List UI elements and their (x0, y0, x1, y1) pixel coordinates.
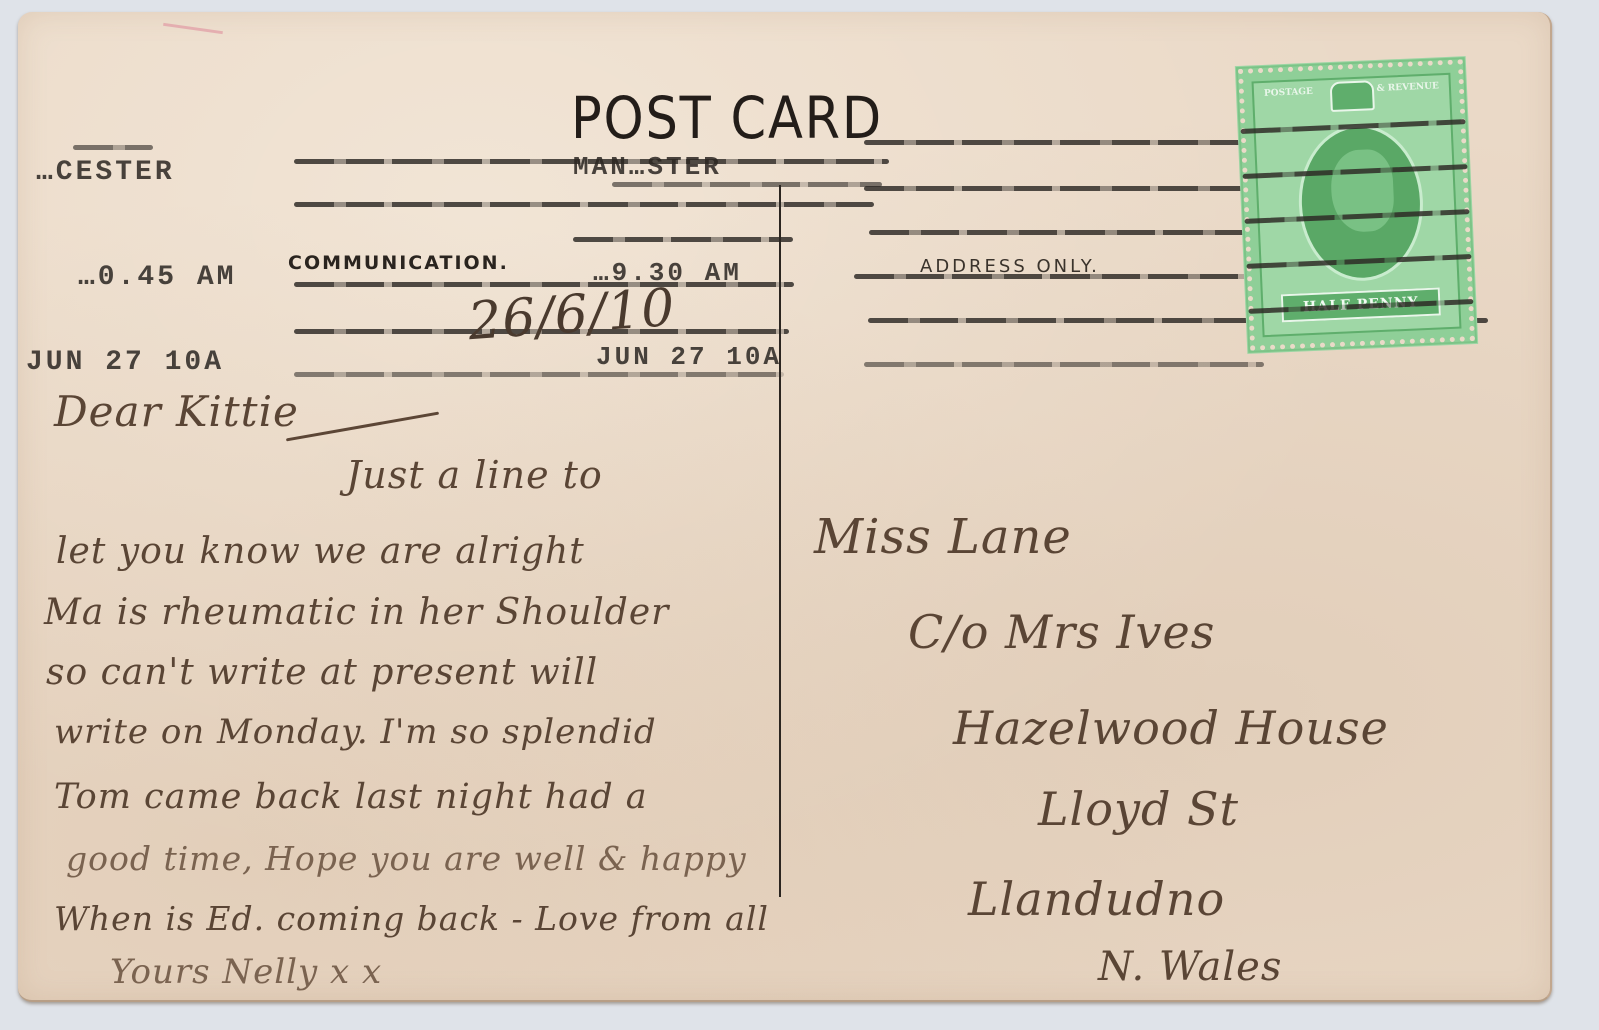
message-line: let you know we are alright (56, 531, 585, 572)
message-line: good time, Hope you are well & happy (66, 839, 747, 878)
half-penny-stamp: POSTAGE & REVENUE HALF PENNY (1238, 59, 1475, 351)
address-line-street: Lloyd St (1038, 782, 1239, 836)
center-divider-line (779, 185, 781, 897)
communication-label: COMMUNICATION. (288, 252, 509, 274)
postcard-title: POST CARD (571, 84, 883, 152)
address-line-name: Miss Lane (814, 509, 1072, 565)
signature: Yours Nelly x x (110, 952, 382, 992)
message-line: When is Ed. coming back - Love from all (54, 899, 769, 938)
handwritten-date: 26/6/10 (466, 278, 677, 352)
postmark-date-left: JUN 27 10A (26, 347, 224, 378)
postcard: POST CARD COMMUNICATION. ADDRESS ONLY. …… (18, 12, 1552, 1002)
address-line-care-of: C/o Mrs Ives (908, 605, 1215, 659)
stamp-revenue-text: & REVENUE (1376, 81, 1439, 94)
salutation: Dear Kittie (54, 387, 299, 436)
king-head (1330, 148, 1396, 233)
message-line: Ma is rheumatic in her Shoulder (44, 592, 669, 633)
address-line-region: N. Wales (1098, 944, 1282, 990)
salutation-underline (286, 412, 439, 442)
postmark-date-center: JUN 27 10A (596, 342, 782, 372)
message-line: Just a line to (346, 453, 603, 497)
postmark-town-left: …CESTER (36, 157, 175, 188)
stamp-frame: POSTAGE & REVENUE HALF PENNY (1252, 73, 1462, 337)
message-line: Tom came back last night had a (54, 777, 648, 817)
pencil-mark (163, 23, 223, 34)
stamp-postage-text: POSTAGE (1264, 87, 1313, 99)
address-line-town: Llandudno (968, 872, 1225, 926)
postmark-time-left: …0.45 AM (78, 262, 236, 293)
message-line: write on Monday. I'm so splendid (54, 712, 657, 752)
address-line-house: Hazelwood House (953, 701, 1389, 755)
postmark-town-center: MAN…STER (573, 152, 722, 182)
message-line: so can't write at present will (46, 652, 598, 693)
